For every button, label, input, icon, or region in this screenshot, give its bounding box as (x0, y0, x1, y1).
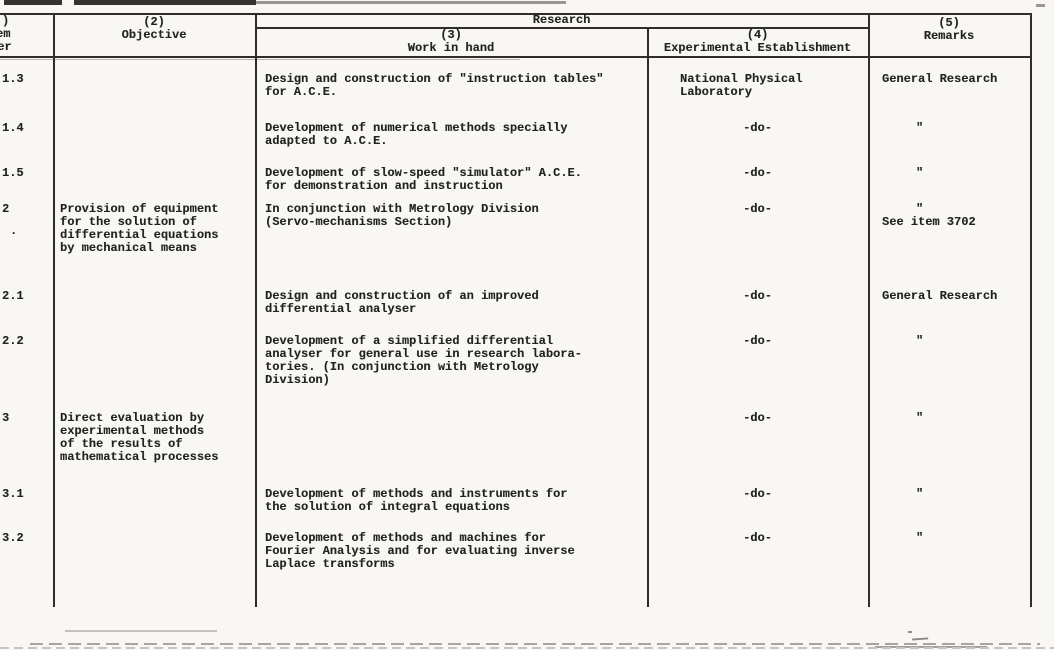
text-line: 2.2 (2, 335, 50, 348)
text-line: -do- (647, 290, 868, 303)
text-line: mathematical processes (60, 451, 252, 464)
column-divider (868, 13, 870, 607)
header-fragment: ber (0, 41, 50, 54)
work-in-hand-cell: Design and construction of an improveddi… (265, 290, 643, 316)
work-in-hand-cell: Development of methods and instruments f… (265, 488, 643, 514)
establishment-cell: -do- (647, 167, 868, 180)
column4-header-experimental-establishment: (4) Experimental Establishment (647, 29, 868, 55)
column-divider (53, 13, 55, 607)
text-line: -do- (647, 335, 868, 348)
text-line: Division) (265, 374, 643, 387)
text-line: 2 (2, 203, 50, 216)
ditto-mark: " (868, 335, 1030, 348)
text-line: the solution of integral equations (265, 501, 643, 514)
text-line: General Research (868, 73, 1030, 86)
text-line: General Research (868, 290, 1030, 303)
scan-artifact-line (256, 1, 566, 4)
scan-artifact-bottom-rule (30, 643, 1040, 645)
establishment-cell: -do- (647, 488, 868, 501)
text-line: 1.4 (2, 122, 50, 135)
text-line: -do- (647, 488, 868, 501)
table-header-border-echo (0, 59, 520, 60)
column3-header-work-in-hand: (3) Work in hand (255, 29, 647, 55)
document-page: ) em ber (2) Objective Research (3) Work… (0, 0, 1054, 650)
text-line: (Servo-mechanisms Section) (265, 216, 643, 229)
item-number-cell: 2.1 (2, 290, 50, 303)
column1-header-item-number: ) em ber (0, 15, 50, 54)
text-line: -do- (647, 412, 868, 425)
work-in-hand-cell: Development of numerical methods special… (265, 122, 643, 148)
ditto-mark: " (868, 167, 1030, 180)
scan-artifact-mark (1036, 4, 1045, 7)
column-divider (255, 13, 257, 607)
scan-artifact-squiggle (912, 632, 928, 640)
work-in-hand-cell: Design and construction of "instruction … (265, 73, 643, 99)
text-line: Laboratory (680, 86, 868, 99)
column-label: Objective (53, 29, 255, 42)
item-number-cell: 3.2 (2, 532, 50, 545)
text-line: 1.5 (2, 167, 50, 180)
item-number-cell: 2.2 (2, 335, 50, 348)
text-line: 3.2 (2, 532, 50, 545)
establishment-cell: -do- (647, 412, 868, 425)
text-line: -do- (647, 532, 868, 545)
column-label: Remarks (868, 30, 1030, 43)
column5-header-remarks: (5) Remarks (868, 17, 1030, 43)
remarks-cell: " (868, 488, 1030, 501)
work-in-hand-cell: Development of methods and machines forF… (265, 532, 643, 571)
text-line: . (10, 225, 50, 238)
remarks-cell: " (868, 532, 1030, 545)
column-divider (647, 27, 649, 607)
item-number-cell: 3 (2, 412, 50, 425)
item-number-cell: 1.4 (2, 122, 50, 135)
text-line: Laplace transforms (265, 558, 643, 571)
text-line: -do- (647, 122, 868, 135)
scan-artifact-smudge (4, 0, 62, 5)
work-in-hand-cell: Development of slow-speed "simulator" A.… (265, 167, 643, 193)
text-line: for A.C.E. (265, 86, 643, 99)
establishment-cell: -do- (647, 335, 868, 348)
establishment-cell: National PhysicalLaboratory (647, 73, 868, 99)
text-line: -do- (647, 203, 868, 216)
item-number-cell: 2. (2, 203, 50, 238)
establishment-cell: -do- (647, 203, 868, 216)
ditto-mark: " (868, 122, 1030, 135)
objective-cell: Direct evaluation byexperimental methods… (60, 412, 252, 464)
text-line: 1.3 (2, 73, 50, 86)
scan-artifact-bottom-rule (0, 647, 1054, 649)
scan-artifact-line (65, 630, 217, 632)
group-label: Research (255, 14, 868, 27)
item-number-cell: 1.5 (2, 167, 50, 180)
text-line: 3.1 (2, 488, 50, 501)
work-in-hand-cell: Development of a simplified differential… (265, 335, 643, 387)
column-label: Experimental Establishment (647, 42, 868, 55)
column2-header-objective: (2) Objective (53, 16, 255, 42)
remarks-cell: " (868, 167, 1030, 180)
text-line: 2.1 (2, 290, 50, 303)
text-line: by mechanical means (60, 242, 252, 255)
text-line: -do- (647, 167, 868, 180)
table-border-right (1030, 13, 1032, 607)
text-line: adapted to A.C.E. (265, 135, 643, 148)
establishment-cell: -do- (647, 290, 868, 303)
ditto-mark: " (868, 488, 1030, 501)
scan-artifact-smudge (74, 0, 256, 5)
column-label: Work in hand (255, 42, 647, 55)
table-header-bottom-border (0, 56, 1032, 58)
text-line: See item 3702 (868, 216, 1030, 229)
ditto-mark: " (868, 412, 1030, 425)
remarks-cell: " (868, 335, 1030, 348)
remarks-cell: " (868, 122, 1030, 135)
establishment-cell: -do- (647, 122, 868, 135)
text-line: 3 (2, 412, 50, 425)
establishment-cell: -do- (647, 532, 868, 545)
remarks-cell: "See item 3702 (868, 203, 1030, 229)
research-group-header: Research (255, 14, 868, 27)
text-line: for demonstration and instruction (265, 180, 643, 193)
remarks-cell: " (868, 412, 1030, 425)
item-number-cell: 3.1 (2, 488, 50, 501)
ditto-mark: " (868, 532, 1030, 545)
text-line: differential analyser (265, 303, 643, 316)
item-number-cell: 1.3 (2, 73, 50, 86)
objective-cell: Provision of equipmentfor the solution o… (60, 203, 252, 255)
remarks-cell: General Research (868, 73, 1030, 86)
remarks-cell: General Research (868, 290, 1030, 303)
work-in-hand-cell: In conjunction with Metrology Division(S… (265, 203, 643, 229)
